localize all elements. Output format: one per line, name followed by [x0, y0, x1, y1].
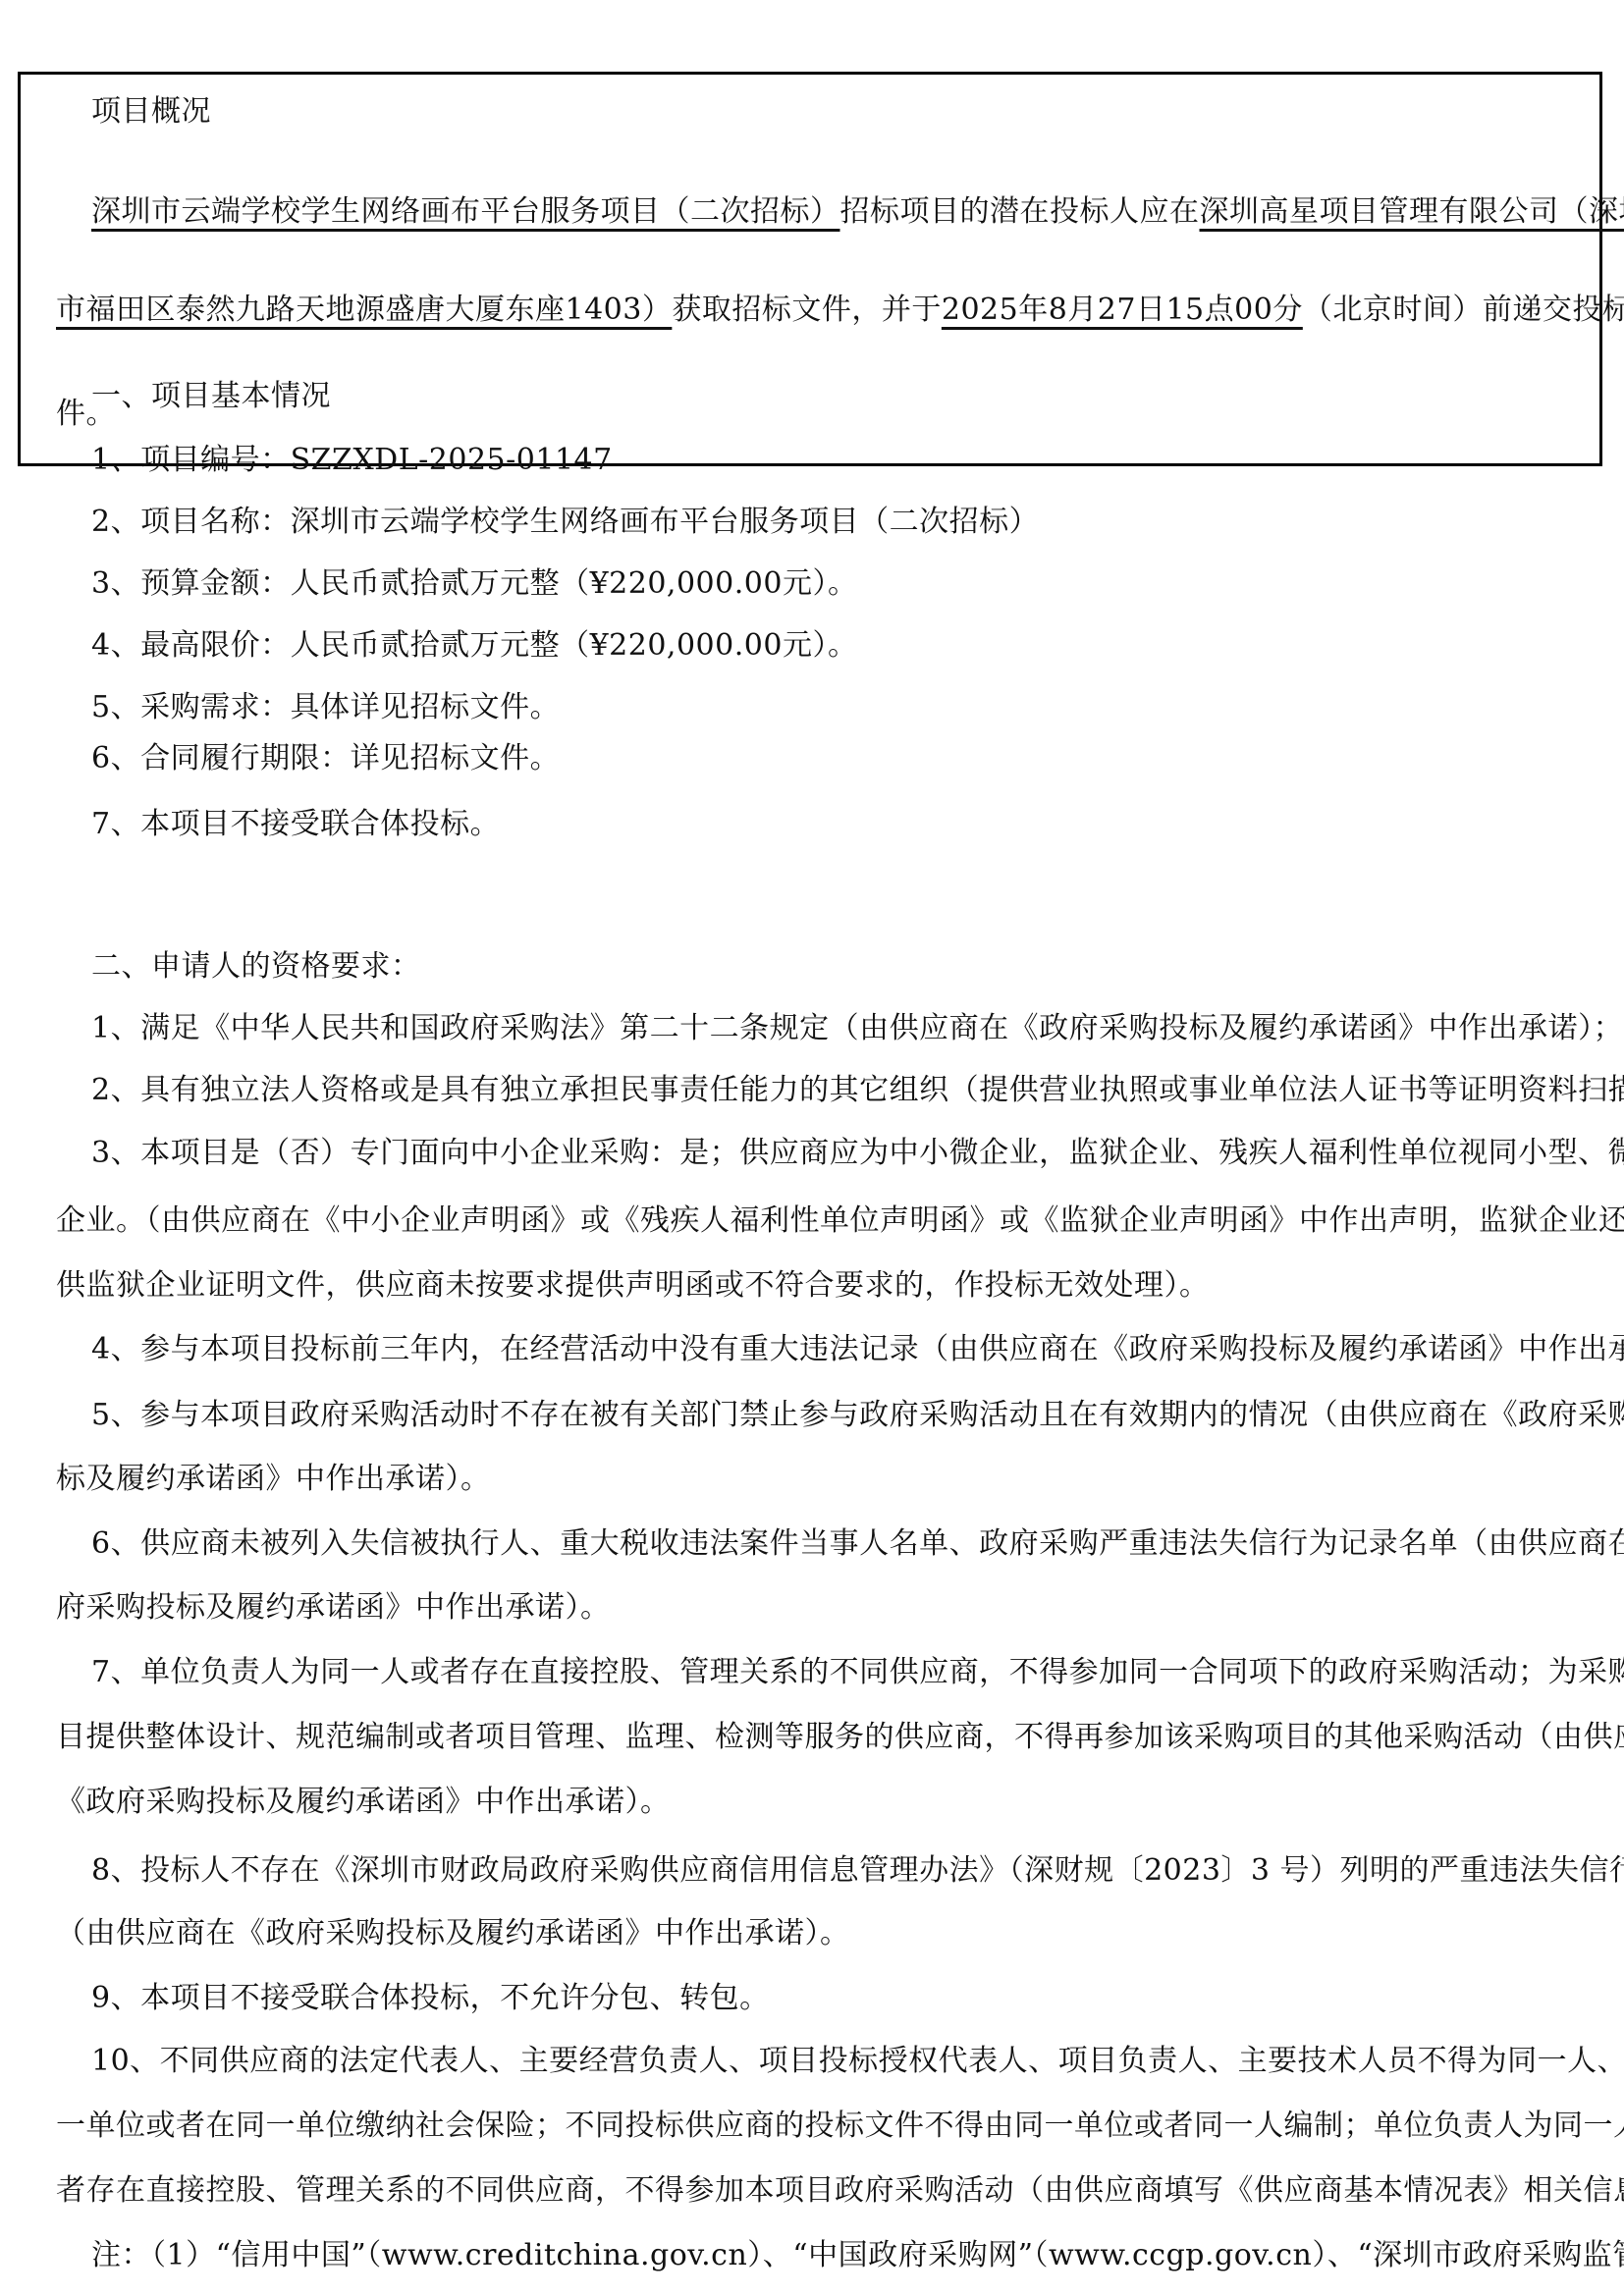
- section2-line: 7、单位负责人为同一人或者存在直接控股、管理关系的不同供应商，不得参加同一合同项…: [91, 1653, 1603, 1692]
- section2-line: 标及履约承诺函》中作出承诺）。: [56, 1460, 1607, 1499]
- section1-item: 2、项目名称：深圳市云端学校学生网络画布平台服务项目（二次招标）: [91, 503, 1603, 542]
- section2-note-line: 注：（1）“信用中国”（www.creditchina.gov.cn）、“中国政…: [91, 2236, 1603, 2275]
- section1-item: 3、预算金额：人民币贰拾贰万元整（¥220,000.00元）。: [91, 564, 1603, 604]
- project-name-underlined: 深圳市云端学校学生网络画布平台服务项目（二次招标）: [91, 194, 840, 229]
- agency-address-underlined: 市福田区泰然九路天地源盛唐大厦东座1403）: [56, 293, 672, 327]
- overview-text: 招标项目的潜在投标人应在: [840, 194, 1200, 229]
- section1-heading: 一、项目基本情况: [91, 377, 1603, 416]
- overview-text: 获取招标文件，并于: [672, 293, 942, 327]
- section2-line: 府采购投标及履约承诺函》中作出承诺）。: [56, 1588, 1607, 1628]
- overview-paragraph-line-1: 深圳市云端学校学生网络画布平台服务项目（二次招标）招标项目的潜在投标人应在深圳高…: [91, 192, 1603, 232]
- section1-item: 4、最高限价：人民币贰拾贰万元整（¥220,000.00元）。: [91, 626, 1603, 666]
- section2-line: 3、本项目是（否）专门面向中小企业采购：是；供应商应为中小微企业，监狱企业、残疾…: [91, 1134, 1603, 1173]
- overview-text: （北京时间）前递交投标文: [1303, 293, 1624, 327]
- section2-line: 者存在直接控股、管理关系的不同供应商，不得参加本项目政府采购活动（由供应商填写《…: [56, 2171, 1607, 2211]
- section2-line: 6、供应商未被列入失信被执行人、重大税收违法案件当事人名单、政府采购严重违法失信…: [91, 1524, 1603, 1564]
- section2-line: 8、投标人不存在《深圳市财政局政府采购供应商信用信息管理办法》（深财规〔2023…: [91, 1851, 1603, 1891]
- section2-line: 供监狱企业证明文件，供应商未按要求提供声明函或不符合要求的，作投标无效处理）。: [56, 1266, 1607, 1306]
- section2-line: 《政府采购投标及履约承诺函》中作出承诺）。: [56, 1783, 1607, 1822]
- section1-item: 7、本项目不接受联合体投标。: [91, 805, 1603, 844]
- section2-line: （由供应商在《政府采购投标及履约承诺函》中作出承诺）。: [56, 1914, 1607, 1953]
- section2-line: 4、参与本项目投标前三年内，在经营活动中没有重大违法记录（由供应商在《政府采购投…: [91, 1330, 1603, 1369]
- agency-name-underlined: 深圳高星项目管理有限公司（深圳: [1200, 194, 1624, 229]
- section2-line: 一单位或者在同一单位缴纳社会保险；不同投标供应商的投标文件不得由同一单位或者同一…: [56, 2107, 1607, 2146]
- deadline-underlined: 2025年8月27日15点00分: [942, 293, 1303, 327]
- section1-item: 5、采购需求：具体详见招标文件。: [91, 688, 1603, 727]
- section2-line: 企业。（由供应商在《中小企业声明函》或《残疾人福利性单位声明函》或《监狱企业声明…: [56, 1201, 1607, 1241]
- section2-heading: 二、申请人的资格要求：: [91, 947, 1603, 987]
- section2-line: 10、不同供应商的法定代表人、主要经营负责人、项目投标授权代表人、项目负责人、主…: [91, 2042, 1603, 2081]
- section2-line: 9、本项目不接受联合体投标，不允许分包、转包。: [91, 1979, 1603, 2018]
- section1-item: 1、项目编号：SZZXDL-2025-01147: [91, 441, 1603, 480]
- section1-item: 6、合同履行期限：详见招标文件。: [91, 739, 1603, 778]
- section2-line: 2、具有独立法人资格或是具有独立承担民事责任能力的其它组织（提供营业执照或事业单…: [91, 1071, 1603, 1110]
- section2-line: 1、满足《中华人民共和国政府采购法》第二十二条规定（由供应商在《政府采购投标及履…: [91, 1009, 1603, 1048]
- section2-line: 目提供整体设计、规范编制或者项目管理、监理、检测等服务的供应商，不得再参加该采购…: [56, 1718, 1607, 1757]
- document-page: 项目概况 深圳市云端学校学生网络画布平台服务项目（二次招标）招标项目的潜在投标人…: [0, 0, 1624, 2296]
- section2-line: 5、参与本项目政府采购活动时不存在被有关部门禁止参与政府采购活动且在有效期内的情…: [91, 1396, 1603, 1435]
- overview-paragraph-line-2: 市福田区泰然九路天地源盛唐大厦东座1403）获取招标文件，并于2025年8月27…: [56, 291, 1607, 330]
- overview-title: 项目概况: [91, 92, 1603, 132]
